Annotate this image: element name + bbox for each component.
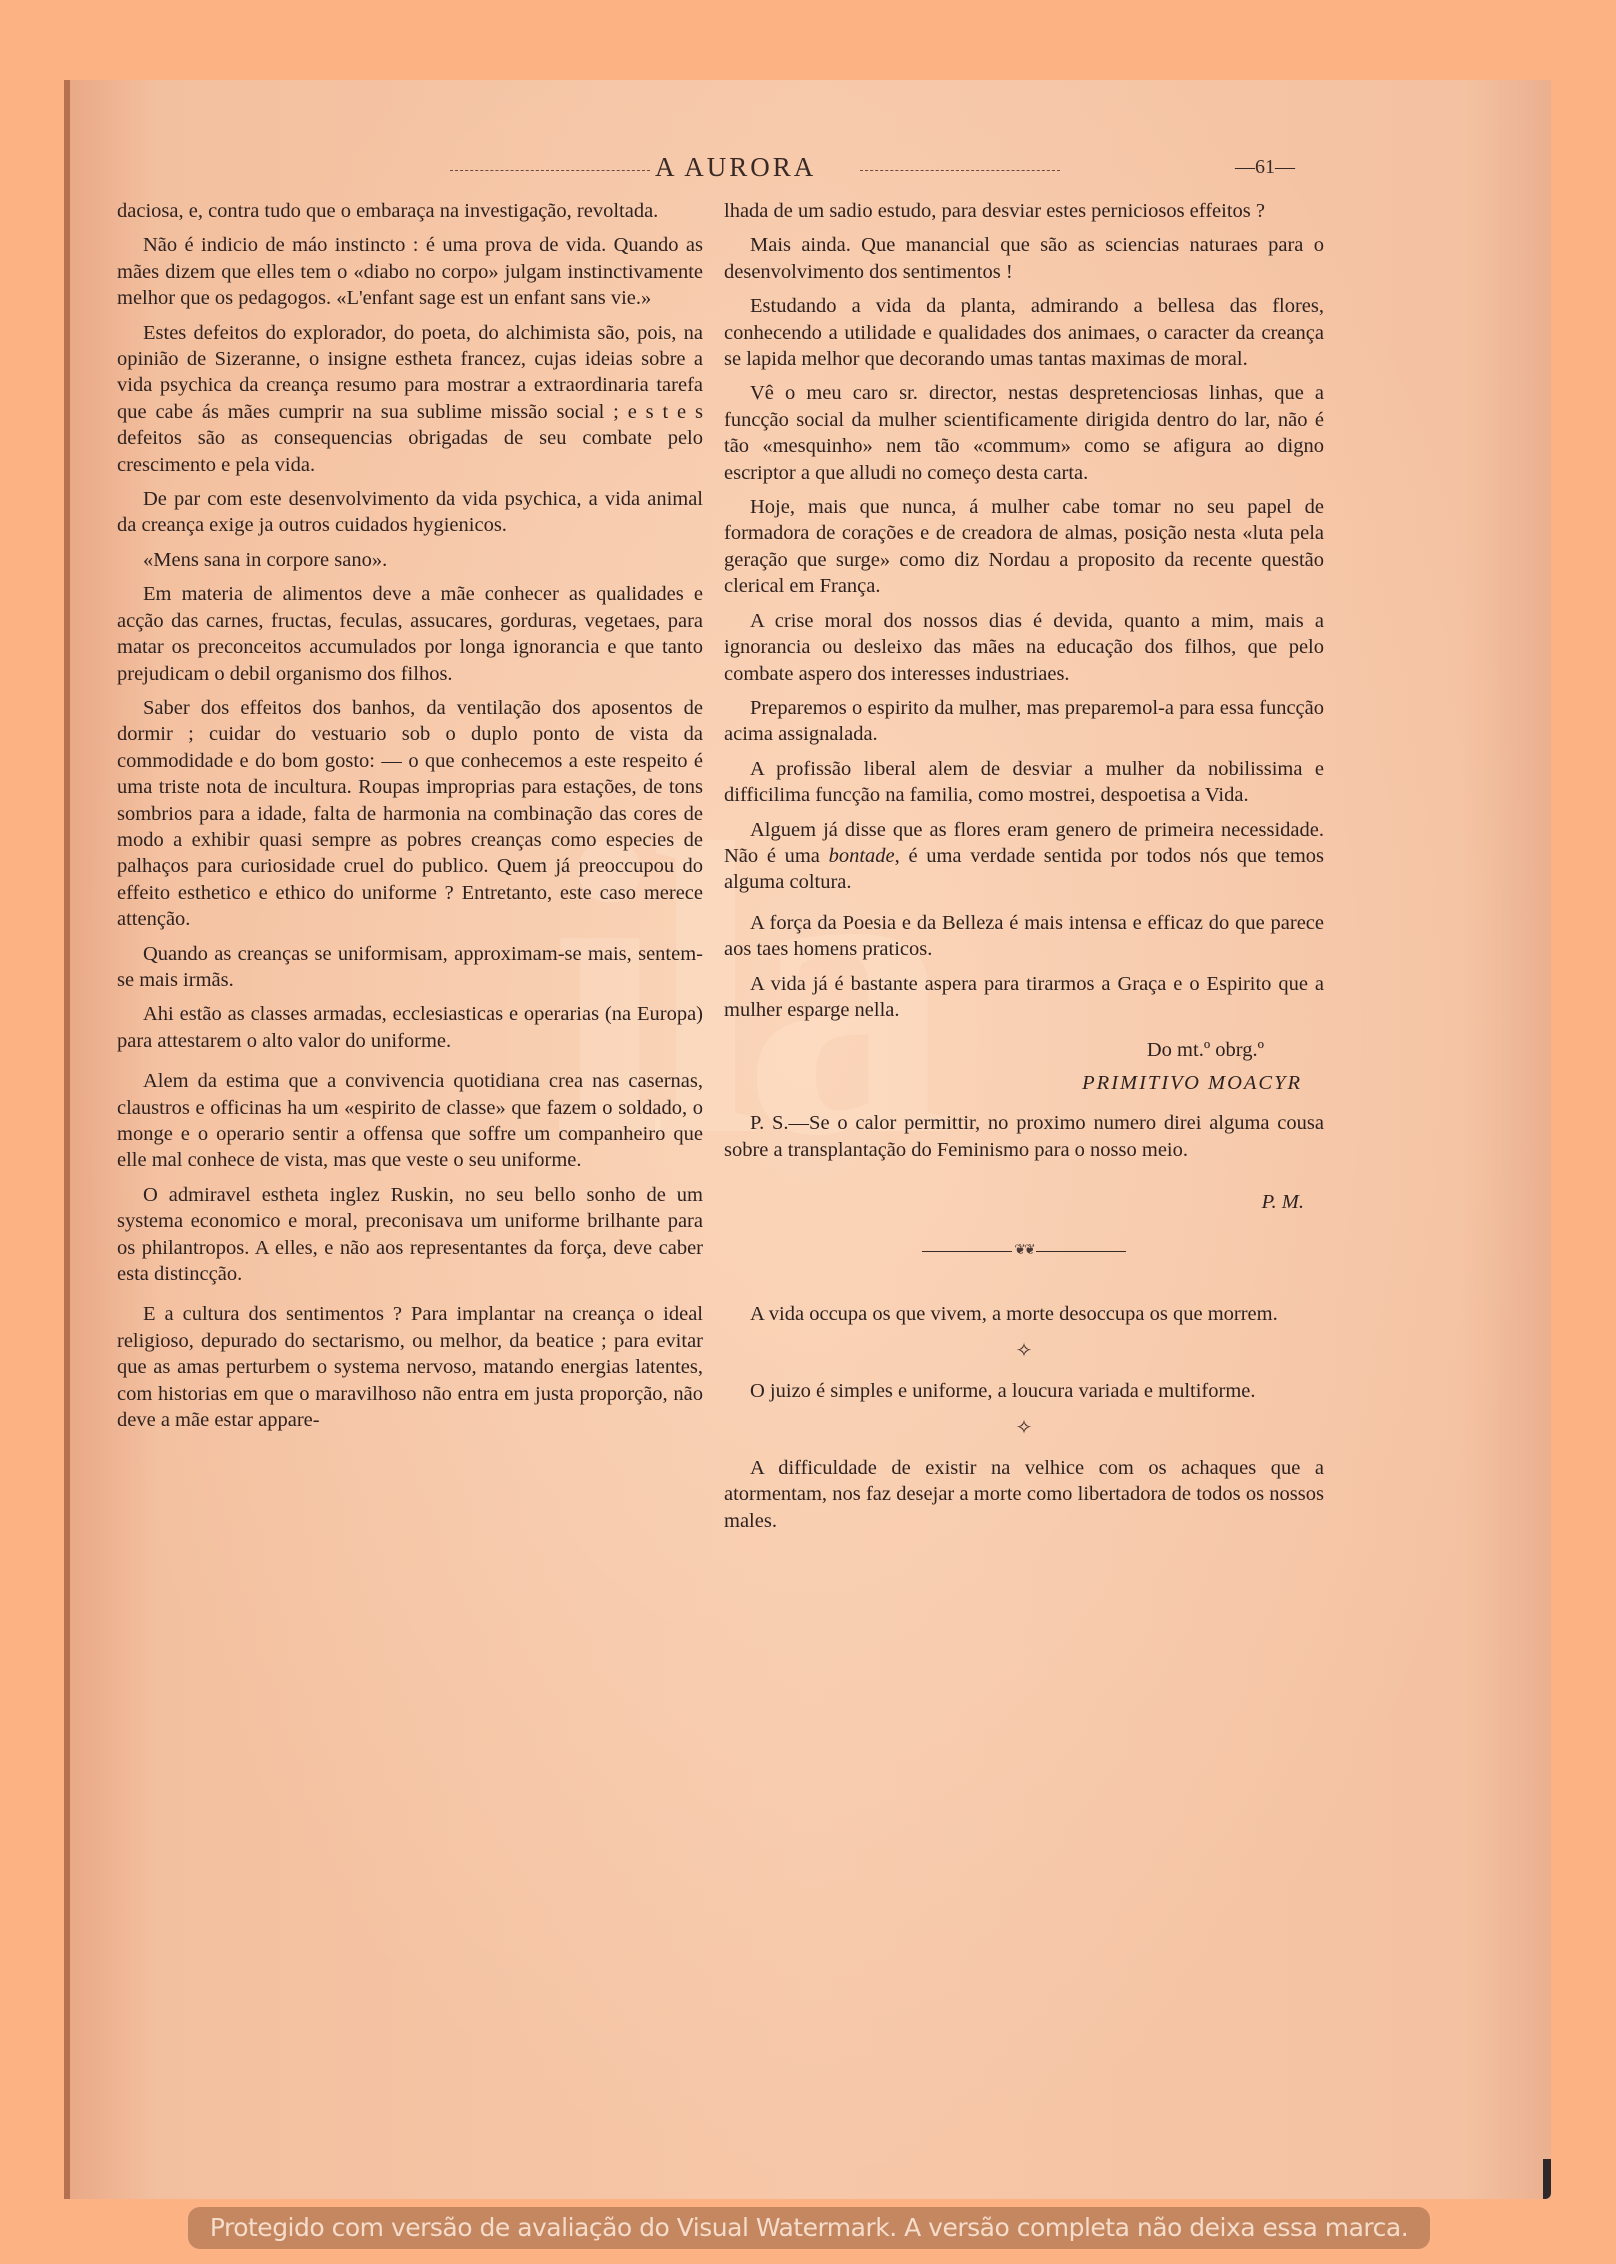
- author-signature: PRIMITIVO MOACYR: [724, 1070, 1324, 1096]
- right-column: lhada de um sadio estudo, para desviar e…: [724, 198, 1324, 1542]
- paragraph: A crise moral dos nossos dias é devida, …: [724, 608, 1324, 687]
- maxim: A difficuldade de existir na velhice com…: [724, 1455, 1324, 1534]
- paragraph: lhada de um sadio estudo, para desviar e…: [724, 198, 1324, 224]
- star-separator-icon: ✧: [724, 1415, 1324, 1441]
- header-rule-right: [860, 170, 1060, 171]
- paragraph: Não é indicio de máo instincto : é uma p…: [117, 232, 703, 311]
- paragraph: Estes defeitos do explorador, do poeta, …: [117, 320, 703, 478]
- postscript: P. S.—Se o calor permittir, no proximo n…: [724, 1110, 1324, 1163]
- paragraph: E a cultura dos sentimentos ? Para impla…: [117, 1301, 703, 1433]
- watermark-banner: Protegido com versão de avaliação do Vis…: [188, 2207, 1430, 2249]
- paragraph: A vida já é bastante aspera para tirarmo…: [724, 971, 1324, 1024]
- paragraph: Ahi estão as classes armadas, ecclesiast…: [117, 1001, 703, 1054]
- maxim: A vida occupa os que vivem, a morte deso…: [724, 1301, 1324, 1327]
- star-separator-icon: ✧: [724, 1338, 1324, 1364]
- italic-word: bontade: [829, 845, 895, 867]
- paragraph: Hoje, mais que nunca, á mulher cabe toma…: [724, 494, 1324, 600]
- paragraph: Preparemos o espirito da mulher, mas pre…: [724, 695, 1324, 748]
- paragraph: Saber dos effeitos dos banhos, da ventil…: [117, 695, 703, 933]
- paragraph: daciosa, e, contra tudo que o embaraça n…: [117, 198, 703, 224]
- paragraph: Em materia de alimentos deve a mãe conhe…: [117, 581, 703, 687]
- paragraph: De par com este desenvolvimento da vida …: [117, 486, 703, 539]
- ornamental-divider: ❦❦: [724, 1241, 1324, 1261]
- paragraph: Alguem já disse que as flores eram gener…: [724, 817, 1324, 896]
- page-number: —61—: [1235, 156, 1295, 179]
- page-header: A AURORA —61—: [385, 148, 1315, 188]
- divider-line: [922, 1251, 1012, 1252]
- divider-flourish-icon: ❦❦: [1012, 1238, 1035, 1264]
- paragraph: A profissão liberal alem de desviar a mu…: [724, 756, 1324, 809]
- paragraph: Quando as creanças se uniformisam, appro…: [117, 941, 703, 994]
- paragraph: Vê o meu caro sr. director, nestas despr…: [724, 380, 1324, 486]
- paragraph: A força da Poesia e da Belleza é mais in…: [724, 910, 1324, 963]
- quote: «Mens sana in corpore sano».: [117, 547, 703, 573]
- maxim: O juizo é simples e uniforme, a loucura …: [724, 1378, 1324, 1404]
- left-column: daciosa, e, contra tudo que o embaraça n…: [117, 198, 703, 1441]
- closing-salutation: Do mt.º obrg.º: [724, 1037, 1324, 1063]
- divider-line: [1036, 1251, 1126, 1252]
- paragraph: Mais ainda. Que manancial que são as sci…: [724, 232, 1324, 285]
- paragraph: O admiravel estheta inglez Ruskin, no se…: [117, 1182, 703, 1288]
- paragraph: Estudando a vida da planta, admirando a …: [724, 293, 1324, 372]
- publication-title: A AURORA: [655, 152, 816, 183]
- paragraph: Alem da estima que a convivencia quotidi…: [117, 1068, 703, 1174]
- author-initials: P. M.: [724, 1189, 1324, 1215]
- header-rule-left: [450, 170, 650, 171]
